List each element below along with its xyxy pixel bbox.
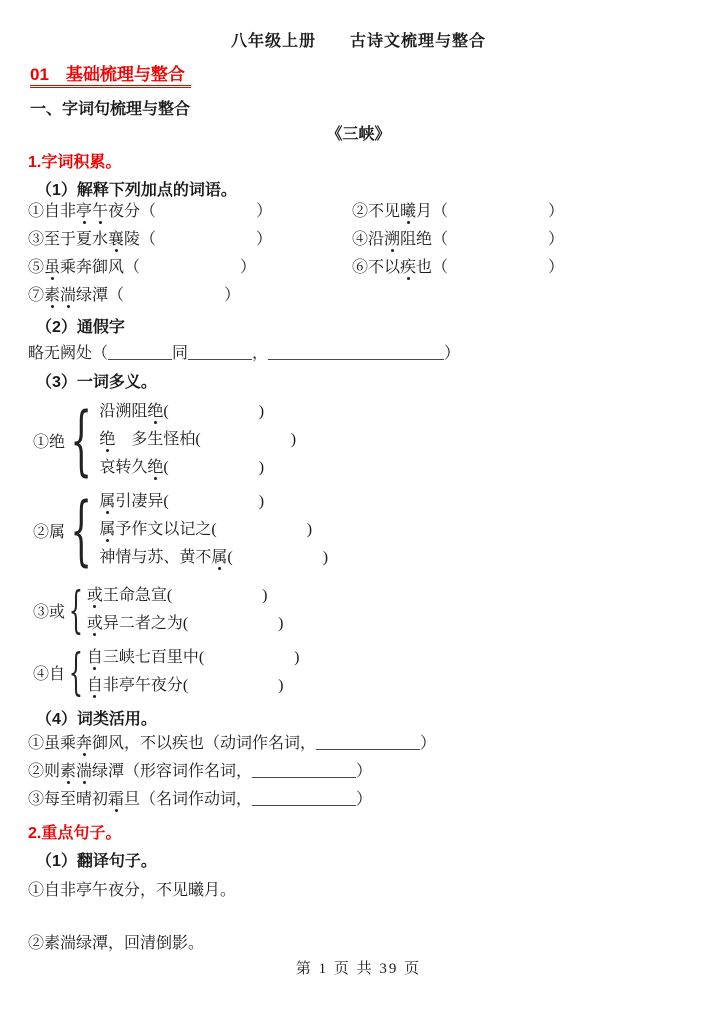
part2-heading: 2.重点句子。 bbox=[28, 820, 121, 843]
emphasis-dotted-char: 属 bbox=[99, 521, 115, 538]
answer-gap bbox=[156, 215, 256, 216]
group-label: ③或 bbox=[33, 599, 67, 622]
emphasis-dotted-char: 午 bbox=[92, 203, 108, 220]
emphasis-dotted-char: 绝 bbox=[147, 403, 163, 420]
close-paren: ） bbox=[548, 231, 564, 248]
emphasis-dotted-char: 疾 bbox=[400, 259, 416, 276]
group-lines: 自三峡七百里中() 自非亭午夜分() bbox=[87, 644, 300, 700]
emphasis-dotted-char: 或 bbox=[87, 587, 103, 604]
answer-gap bbox=[448, 271, 548, 272]
close-paren: ) bbox=[259, 459, 264, 476]
definition-text: ⑦素湍绿潭（ bbox=[28, 287, 124, 304]
answer-gap bbox=[124, 299, 224, 300]
part1-heading: 1.字词积累。 bbox=[28, 149, 121, 172]
activation-text: ③每至晴初霜旦（名词作动词，_____________） bbox=[28, 791, 372, 808]
close-paren: ） bbox=[240, 259, 256, 276]
unit-heading-text: 01 基础梳理与整合 bbox=[30, 65, 191, 88]
polysemy-line: 或异二者之为() bbox=[87, 610, 284, 638]
emphasis-dotted-char: 属 bbox=[211, 549, 227, 566]
polysemy-group-shu: ②属 { 属引凄异() 属予作文以记之() 神情与苏、黄不属() bbox=[33, 488, 328, 572]
q3-heading: （3）一词多义。 bbox=[36, 369, 157, 392]
definition-text: ⑥不以疾也（ bbox=[352, 259, 448, 276]
emphasis-dotted-char: 曦 bbox=[400, 203, 416, 220]
emphasis-dotted-char: 属 bbox=[99, 493, 115, 510]
answer-gap bbox=[233, 561, 323, 562]
polysemy-text: 或王命急宣( bbox=[87, 587, 172, 604]
emphasis-dotted-char: 自 bbox=[87, 649, 103, 666]
left-brace-glyph: { bbox=[70, 398, 92, 482]
activation-line: ②则素湍绿潭（形容词作名词，_____________） bbox=[28, 758, 436, 786]
definition-item: ⑥不以疾也（） bbox=[352, 254, 564, 282]
close-paren: ） bbox=[548, 203, 564, 220]
close-paren: ) bbox=[262, 587, 267, 604]
group-lines: 沿溯阻绝() 绝 多生怪柏() 哀转久绝() bbox=[99, 398, 296, 482]
polysemy-group-huo: ③或 { 或王命急宣() 或异二者之为() bbox=[33, 582, 284, 638]
group-label: ②属 bbox=[33, 519, 67, 542]
activation-text: ①虽乘奔御风，不以疾也（动词作名词，_____________） bbox=[28, 735, 436, 752]
answer-gap bbox=[169, 471, 259, 472]
left-brace-glyph: { bbox=[70, 488, 92, 572]
answer-gap bbox=[201, 443, 291, 444]
close-paren: ) bbox=[278, 615, 283, 632]
emphasis-dotted-char: 襄 bbox=[108, 231, 124, 248]
answer-gap bbox=[169, 505, 259, 506]
activation-lines: ①虽乘奔御风，不以疾也（动词作名词，_____________） ②则素湍绿潭（… bbox=[28, 730, 436, 814]
group-label: ④自 bbox=[33, 661, 67, 684]
polysemy-group-zi: ④自 { 自三峡七百里中() 自非亭午夜分() bbox=[33, 644, 300, 700]
close-paren: ) bbox=[307, 521, 312, 538]
polysemy-line: 属引凄异() bbox=[99, 488, 328, 516]
unit-heading: 01 基础梳理与整合 bbox=[30, 60, 191, 85]
emphasis-dotted-char: 素 bbox=[44, 287, 60, 304]
emphasis-dotted-char: 湍 bbox=[60, 287, 76, 304]
close-paren: ) bbox=[278, 677, 283, 694]
answer-gap bbox=[448, 243, 548, 244]
left-brace-glyph: { bbox=[69, 644, 83, 700]
emphasis-dotted-char: 自 bbox=[87, 677, 103, 694]
close-paren: ） bbox=[256, 203, 272, 220]
polysemy-line: 神情与苏、黄不属() bbox=[99, 544, 328, 572]
close-paren: ） bbox=[256, 231, 272, 248]
q2-heading: （2）通假字 bbox=[36, 314, 125, 337]
close-paren: ) bbox=[259, 403, 264, 420]
definition-text: ④沿溯阻绝（ bbox=[352, 231, 448, 248]
activation-text: ②则素湍绿潭（形容词作名词，_____________） bbox=[28, 763, 372, 780]
polysemy-line: 哀转久绝() bbox=[99, 454, 296, 482]
activation-line: ①虽乘奔御风，不以疾也（动词作名词，_____________） bbox=[28, 730, 436, 758]
emphasis-dotted-char: 亭 bbox=[76, 203, 92, 220]
polysemy-text: 属予作文以记之( bbox=[99, 521, 216, 538]
emphasis-dotted-char: 湍 bbox=[76, 763, 92, 780]
close-paren: ) bbox=[323, 549, 328, 566]
document-page: 八年级上册 古诗文梳理与整合 01 基础梳理与整合 一、字词句梳理与整合 《三峡… bbox=[0, 0, 717, 1024]
polysemy-text: 自三峡七百里中( bbox=[87, 649, 204, 666]
group-lines: 或王命急宣() 或异二者之为() bbox=[87, 582, 284, 638]
emphasis-dotted-char: 奔 bbox=[76, 735, 92, 752]
answer-gap bbox=[204, 661, 294, 662]
definition-text: ②不见曦月（ bbox=[352, 203, 448, 220]
emphasis-dotted-char: 霜 bbox=[108, 791, 124, 808]
polysemy-line: 自非亭午夜分() bbox=[87, 672, 300, 700]
definition-text: ①自非亭午夜分（ bbox=[28, 203, 156, 220]
polysemy-text: 哀转久绝( bbox=[99, 459, 168, 476]
answer-gap bbox=[448, 215, 548, 216]
section-heading: 一、字词句梳理与整合 bbox=[30, 96, 190, 119]
definition-text: ⑤虽乘奔御风（ bbox=[28, 259, 140, 276]
polysemy-line: 自三峡七百里中() bbox=[87, 644, 300, 672]
definition-item: ⑤虽乘奔御风（） bbox=[28, 254, 352, 282]
emphasis-dotted-char: 素 bbox=[60, 763, 76, 780]
page-footer: 第 1 页 共 39 页 bbox=[0, 957, 717, 978]
tongjia-line: 略无阙处（________同________，_________________… bbox=[28, 340, 460, 368]
polysemy-line: 绝 多生怪柏() bbox=[99, 426, 296, 454]
poem-title: 《三峡》 bbox=[0, 121, 717, 144]
answer-gap bbox=[188, 689, 278, 690]
translation-sentence: ②素湍绿潭，回清倒影。 bbox=[28, 930, 204, 958]
polysemy-line: 沿溯阻绝() bbox=[99, 398, 296, 426]
close-paren: ） bbox=[548, 259, 564, 276]
definition-text: ③至于夏水襄陵（ bbox=[28, 231, 156, 248]
group-lines: 属引凄异() 属予作文以记之() 神情与苏、黄不属() bbox=[99, 488, 328, 572]
polysemy-text: 神情与苏、黄不属( bbox=[99, 549, 232, 566]
definition-item: ②不见曦月（） bbox=[352, 198, 564, 226]
emphasis-dotted-char: 绝 bbox=[99, 431, 115, 448]
answer-gap bbox=[188, 627, 278, 628]
left-brace-glyph: { bbox=[69, 582, 83, 638]
answer-gap bbox=[172, 599, 262, 600]
polysemy-group-jue: ①绝 { 沿溯阻绝() 绝 多生怪柏() 哀转久绝() bbox=[33, 398, 296, 482]
emphasis-dotted-char: 或 bbox=[87, 615, 103, 632]
definition-item: ④沿溯阻绝（） bbox=[352, 226, 564, 254]
close-paren: ) bbox=[259, 493, 264, 510]
activation-line: ③每至晴初霜旦（名词作动词，_____________） bbox=[28, 786, 436, 814]
definition-item: ③至于夏水襄陵（） bbox=[28, 226, 352, 254]
q4-heading: （4）词类活用。 bbox=[36, 706, 157, 729]
polysemy-text: 沿溯阻绝( bbox=[99, 403, 168, 420]
answer-gap bbox=[156, 243, 256, 244]
answer-gap bbox=[169, 415, 259, 416]
answer-gap bbox=[140, 271, 240, 272]
polysemy-line: 属予作文以记之() bbox=[99, 516, 328, 544]
close-paren: ) bbox=[294, 649, 299, 666]
emphasis-dotted-char: 绝 bbox=[147, 459, 163, 476]
definitions-grid: ①自非亭午夜分（） ②不见曦月（） ③至于夏水襄陵（） ④沿溯阻绝（） ⑤虽乘奔… bbox=[28, 198, 564, 310]
translation-heading: （1）翻译句子。 bbox=[36, 848, 157, 871]
close-paren: ） bbox=[224, 287, 240, 304]
emphasis-dotted-char: 虽 bbox=[44, 259, 60, 276]
group-label: ①绝 bbox=[33, 429, 67, 452]
polysemy-text: 属引凄异( bbox=[99, 493, 168, 510]
definition-item: ①自非亭午夜分（） bbox=[28, 198, 352, 226]
translation-sentence: ①自非亭午夜分，不见曦月。 bbox=[28, 877, 236, 905]
page-title: 八年级上册 古诗文梳理与整合 bbox=[0, 28, 717, 51]
q1-heading: （1）解释下列加点的词语。 bbox=[36, 177, 237, 200]
polysemy-line: 或王命急宣() bbox=[87, 582, 284, 610]
polysemy-text: 绝 多生怪柏( bbox=[99, 431, 200, 448]
emphasis-dotted-char: 溯 bbox=[384, 231, 400, 248]
definition-item: ⑦素湍绿潭（） bbox=[28, 282, 352, 310]
polysemy-text: 自非亭午夜分( bbox=[87, 677, 188, 694]
polysemy-text: 或异二者之为( bbox=[87, 615, 188, 632]
close-paren: ) bbox=[291, 431, 296, 448]
answer-gap bbox=[217, 533, 307, 534]
